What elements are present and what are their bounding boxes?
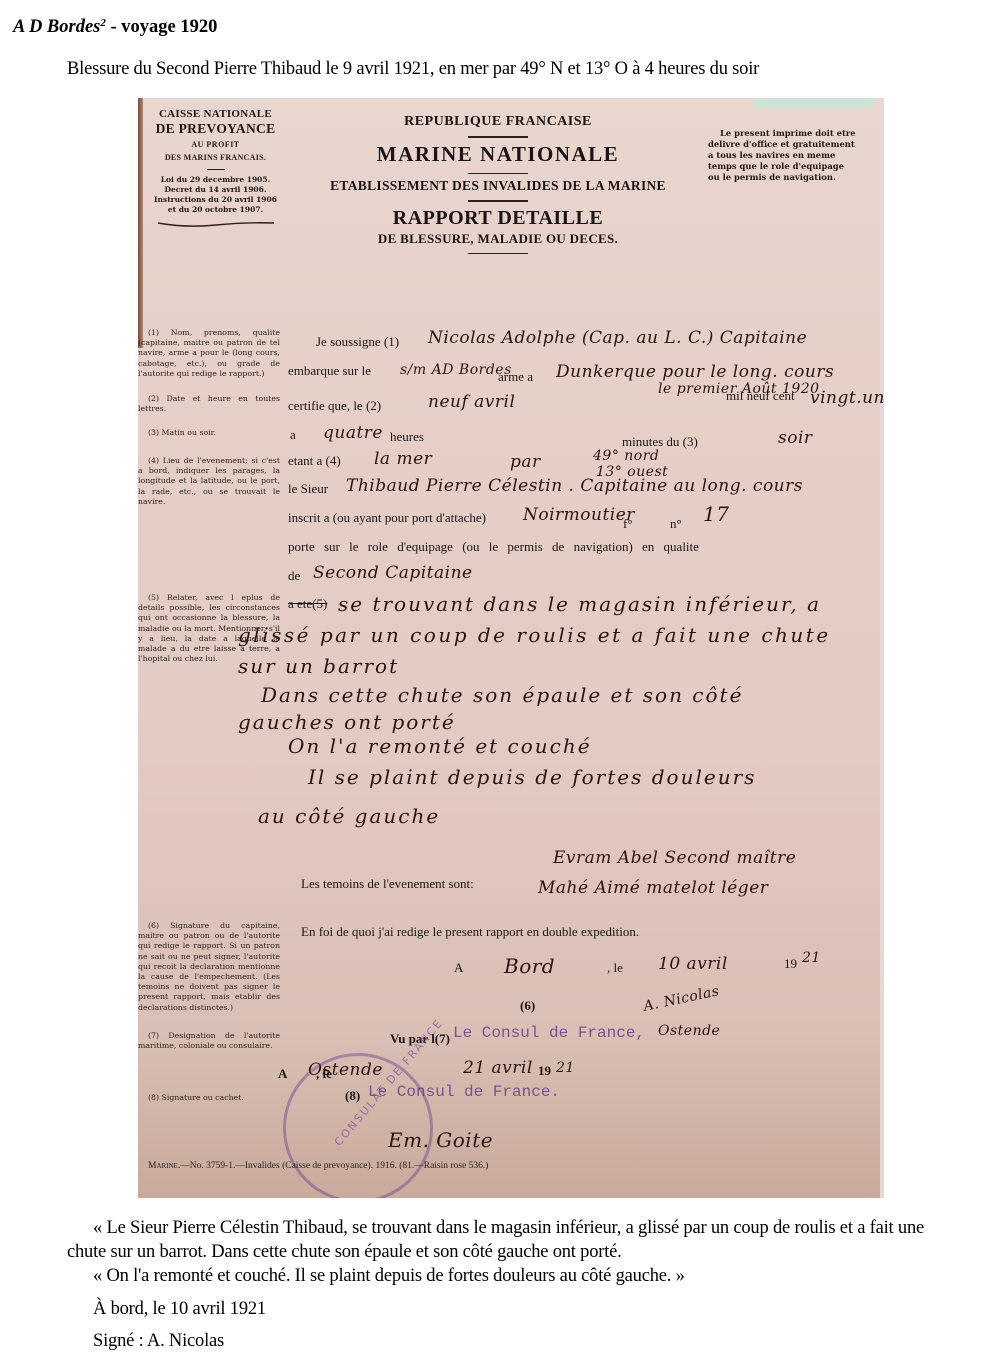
caisse-line2: DE PREVOYANCE [148,121,283,137]
footnote-7: (7) Designation de l'autorite maritime, … [138,1031,280,1051]
hw-date-2: 21 avril [463,1058,533,1078]
printer-line: Marine.—No. 3759-1.—Invalides (Caisse de… [148,1161,488,1171]
label-en-foi: En foi de quoi j'ai redige le present ra… [301,924,639,940]
hw-year-2: 21 [556,1060,575,1076]
label-a-ete: a ete(5) [288,596,327,612]
hw-narrative-6: On l'a remonté et couché [288,734,592,758]
hw-witness-1: Evram Abel Second maître [553,848,796,868]
divider [207,169,225,170]
hw-narrative-3: sur un barrot [238,654,399,678]
label-le-sieur: le Sieur [288,481,328,497]
ornament-swash-icon [156,220,276,228]
hw-date-bord: 10 avril [658,954,728,974]
paper-edge [138,98,143,348]
hw-year-bord: 21 [802,950,821,966]
hw-place: la mer [374,449,432,469]
label-de: de [288,568,300,584]
printed-notice: Le present imprime doit etre delivre d'o… [708,128,858,183]
transcription-paragraph-2: « On l'a remonté et couché. Il se plaint… [93,1264,967,1288]
transcription-paragraph-1: « Le Sieur Pierre Célestin Thibaud, se t… [67,1216,967,1264]
marine-nationale: MARINE NATIONALE [288,142,708,167]
label-embarque: embarque sur le [288,363,371,379]
caisse-law-3: Instructions du 20 avril 1906 [148,195,283,205]
transcription-signature: Signé : A. Nicolas [93,1329,967,1353]
hw-num: 17 [703,502,729,526]
divider [468,173,528,175]
hw-period: soir [778,428,813,448]
label-porte-sur: porte sur le role d'equipage (ou le perm… [288,539,699,555]
label-etant-a: etant a (4) [288,453,341,469]
page-title: A D Bordes2 - voyage 1920 [13,17,217,38]
label-a-bord: A [454,960,463,976]
hw-ostende-1: Ostende [658,1023,720,1039]
caisse-law-1: Loi du 29 decembre 1905. [148,175,283,185]
caisse-law-4: et du 20 octobre 1907. [148,205,283,215]
footnote-6: (6) Signature du capitaine, maitre ou pa… [138,921,280,1013]
label-le: , le [607,960,623,976]
caisse-header: CAISSE NATIONALE DE PREVOYANCE AU PROFIT… [148,108,283,233]
caisse-law-2: Decret du 14 avril 1906. [148,185,283,195]
title-ship: A D Bordes [13,17,100,37]
transcription: « Le Sieur Pierre Célestin Thibaud, se t… [67,1216,967,1353]
hw-lat: 49° nord [593,448,659,464]
label-heures: heures [390,429,424,445]
hw-year: vingt.un [810,388,884,408]
footnote-2: (2) Date et heure en toutes lettres. [138,394,280,414]
document-header: REPUBLIQUE FRANCAISE MARINE NATIONALE ET… [288,114,708,258]
label-certifie: certifie que, le (2) [288,398,381,414]
transcription-date: À bord, le 10 avril 1921 [93,1297,967,1321]
hw-narrative-5: gauches ont porté [238,710,456,734]
label-a-lieu: A [278,1066,287,1082]
document-photo: CAISSE NATIONALE DE PREVOYANCE AU PROFIT… [138,98,884,1198]
hw-narrative-1: se trouvant dans le magasin inférieur, a [338,592,821,616]
footnote-1: (1) Nom, prenoms, qualite (capitaine, ma… [138,328,280,379]
stamp-consul-2: Le Consul de France. [368,1083,560,1101]
caisse-line1: CAISSE NATIONALE [148,108,283,120]
footnote-3: (3) Matin ou soir. [138,428,280,438]
hw-day: neuf avril [428,392,515,412]
hw-port: Noirmoutier [523,505,635,525]
label-19b: 19 [538,1063,551,1079]
republique-francaise: REPUBLIQUE FRANCAISE [288,114,708,130]
paper-corner [751,98,877,108]
hw-arme-date: le premier Août 1920 [658,381,820,397]
hw-bord: Bord [504,954,555,978]
etablissement-invalides: ETABLISSEMENT DES INVALIDES DE LA MARINE [288,178,708,194]
paper-edge-right [880,98,884,1198]
label-numero: n° [670,516,682,532]
hw-narrative-4: Dans cette chute son épaule et son côté [261,683,743,707]
title-voyage: - voyage 1920 [106,17,218,37]
hw-par: par [510,452,541,472]
rapport-subtitle: DE BLESSURE, MALADIE OU DECES. [288,231,708,247]
divider [468,136,528,138]
stamp-consul-1: Le Consul de France, [453,1024,645,1042]
hw-narrative-8: au côté gauche [258,804,440,828]
divider [468,200,528,202]
label-temoins: Les temoins de l'evenement sont: [301,876,474,892]
page-subtitle: Blessure du Second Pierre Thibaud le 9 a… [67,59,759,80]
caisse-line4: DES MARINS FRANCAIS. [148,153,283,162]
hw-narrative-2: glissé par un coup de roulis et a fait u… [238,623,831,647]
hw-arme: Dunkerque pour le long. cours [556,362,834,382]
hw-captain-signature: A. Nicolas [642,983,721,1015]
hw-sieur: Thibaud Pierre Célestin . Capitaine au l… [346,476,803,496]
label-sig6: (6) [520,998,535,1014]
hw-hour: quatre [323,423,383,443]
label-19: 19 [784,956,797,972]
label-inscrit: inscrit a (ou ayant pour port d'attache) [288,510,486,526]
footnote-4: (4) Lieu de l'evenement; si c'est a bord… [138,456,280,507]
hw-name: Nicolas Adolphe (Cap. au L. C.) Capitain… [428,328,807,348]
hw-witness-2: Mahé Aimé matelot léger [538,878,768,898]
divider [468,253,528,255]
hw-ship: s/m AD Bordes [400,362,512,378]
hw-narrative-7: Il se plaint depuis de fortes douleurs [308,765,756,789]
footnote-8: (8) Signature ou cachet. [138,1093,280,1103]
hw-qualite: Second Capitaine [313,563,473,583]
label-je-soussigne: Je soussigne (1) [316,334,399,350]
caisse-line3: AU PROFIT [148,140,283,149]
label-a: a [290,427,296,443]
rapport-detaille: RAPPORT DETAILLE [288,207,708,230]
